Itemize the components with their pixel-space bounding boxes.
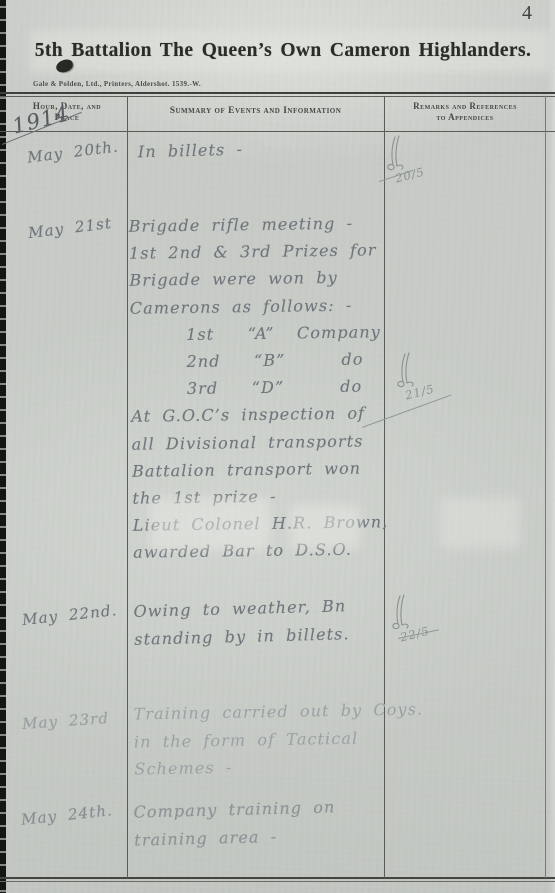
column-header-line: Remarks and References <box>385 101 545 112</box>
table-bottom-rule-thin <box>0 881 555 882</box>
entry-date: May 20th. <box>26 137 120 166</box>
handwritten-line: 1st “A” Company <box>130 322 386 353</box>
table-bottom-rule <box>0 877 555 879</box>
entry-summary: Company training ontraining area - <box>133 797 336 858</box>
column-divider-date-summary <box>127 96 128 878</box>
entry-summary: Training carried out by Coys.in the form… <box>133 699 424 787</box>
handwritten-line: 3rd “D” do <box>131 376 387 407</box>
handwritten-line: 2nd “B” do <box>130 349 386 380</box>
handwritten-line: 1st 2nd & 3rd Prizes for <box>129 240 385 271</box>
column-header-line: to Appendices <box>385 112 545 123</box>
reviewer-annotation: 20/5 <box>383 134 425 182</box>
handwritten-line: Schemes - <box>134 754 424 787</box>
handwritten-line: In billets - <box>138 140 244 170</box>
column-header-summary: Summary of Events and Information <box>128 106 383 117</box>
printer-imprint: Gale & Polden, Ltd., Printers, Aldershot… <box>33 80 201 88</box>
bleedthrough-artifact <box>440 498 520 548</box>
reviewer-annotation: 21/5 <box>393 351 435 399</box>
entry-date: May 21st <box>27 214 113 242</box>
handwritten-line: training area - <box>134 825 337 858</box>
column-header-remarks: Remarks and References to Appendices <box>385 101 545 123</box>
entry-date: May 23rd <box>21 709 109 733</box>
scan-right-edge <box>548 0 555 893</box>
entry-summary: Owing to weather, Bnstanding by in bille… <box>133 596 350 658</box>
handwritten-line: Lieut Colonel H.R. Brown, <box>133 512 389 543</box>
reviewer-annotation: 22/5 <box>388 593 430 641</box>
header-row-rule <box>0 131 555 132</box>
table-top-rule-thin <box>0 96 555 97</box>
page-number: 4 <box>522 2 532 25</box>
entry-date: May 22nd. <box>21 601 118 629</box>
handwritten-line: Camerons as follows: - <box>130 295 386 326</box>
handwritten-line: all Divisional transports <box>132 431 388 462</box>
entry-summary: In billets - <box>138 140 244 170</box>
handwritten-line: Brigade rifle meeting - <box>129 213 385 244</box>
column-header-line: Summary of Events and Information <box>128 106 383 117</box>
film-edge-strip <box>0 0 6 893</box>
handwritten-line: the 1st prize - <box>132 485 388 516</box>
entry-summary: Brigade rifle meeting -1st 2nd & 3rd Pri… <box>129 213 389 570</box>
handwritten-line: Battalion transport won <box>132 458 388 489</box>
entry-date: May 24th. <box>20 801 113 829</box>
handwritten-line: standing by in billets. <box>134 624 350 658</box>
handwritten-line: At G.O.C’s inspection of <box>131 404 387 435</box>
page-title: 5th Battalion The Queen’s Own Cameron Hi… <box>28 40 538 62</box>
handwritten-line: Brigade were won by <box>129 268 385 299</box>
handwritten-line: awarded Bar to D.S.O. <box>133 539 389 570</box>
table-top-rule <box>0 92 555 94</box>
table-right-rule <box>545 96 546 878</box>
war-diary-page: 4 5th Battalion The Queen’s Own Cameron … <box>0 0 555 893</box>
